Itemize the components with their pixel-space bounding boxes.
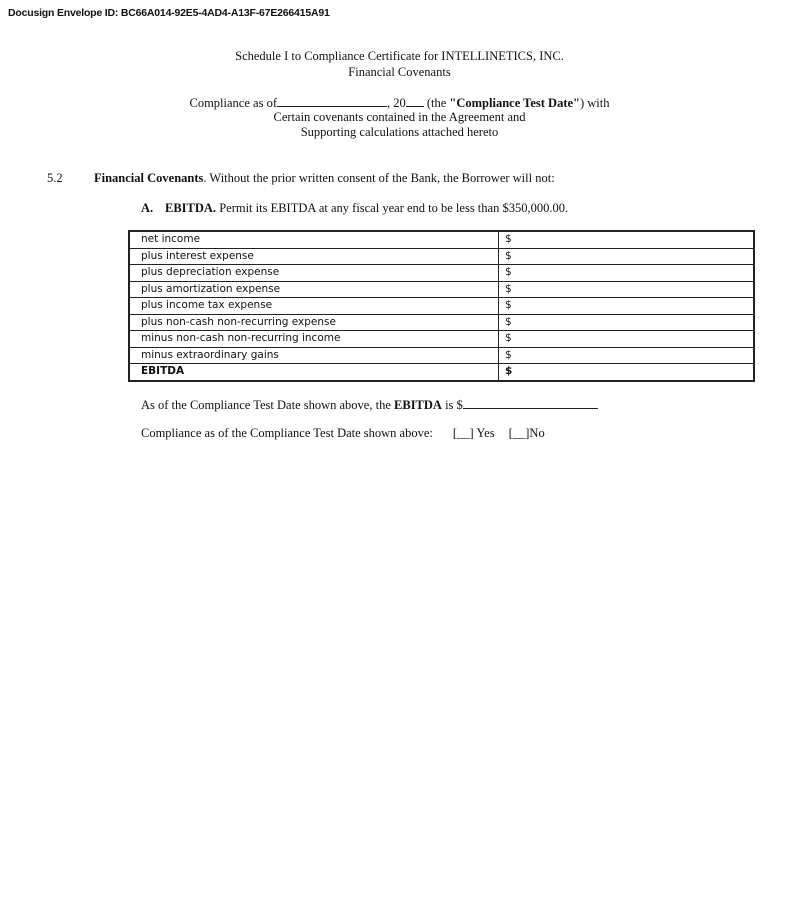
table-row: EBITDA$	[129, 364, 754, 381]
year-blank[interactable]	[406, 95, 424, 107]
ebitda-calculation-table: net income$plus interest expense$plus de…	[128, 230, 755, 382]
subsection-text: A.EBITDA. Permit its EBITDA at any fisca…	[141, 201, 568, 216]
row-amount-field[interactable]: $	[499, 281, 755, 298]
section-text: Financial Covenants. Without the prior w…	[94, 171, 555, 186]
yes-label: Yes	[476, 426, 494, 440]
with-suffix: ) with	[580, 96, 610, 110]
table-row: net income$	[129, 231, 754, 248]
table-row: plus depreciation expense$	[129, 265, 754, 282]
table-row: plus interest expense$	[129, 248, 754, 265]
no-label: No	[529, 426, 544, 440]
subsection-body: Permit its EBITDA at any fiscal year end…	[216, 201, 568, 215]
row-amount-field[interactable]: $	[499, 314, 755, 331]
yes-checkbox[interactable]: [__]	[453, 426, 474, 441]
result-suffix: is $	[442, 398, 463, 412]
table-row: plus income tax expense$	[129, 298, 754, 315]
envelope-id: Docusign Envelope ID: BC66A014-92E5-4AD4…	[8, 7, 330, 19]
result-term: EBITDA	[394, 398, 442, 412]
row-label: plus depreciation expense	[129, 265, 499, 282]
row-label: net income	[129, 231, 499, 248]
compliance-label: Compliance as of the Compliance Test Dat…	[141, 426, 433, 440]
year-prefix: , 20	[387, 96, 406, 110]
result-prefix: As of the Compliance Test Date shown abo…	[141, 398, 394, 412]
table-row: minus non-cash non-recurring income$	[129, 331, 754, 348]
row-amount-field[interactable]: $	[499, 347, 755, 364]
row-amount-field[interactable]: $	[499, 248, 755, 265]
table-row: minus extraordinary gains$	[129, 347, 754, 364]
row-amount-field[interactable]: $	[499, 364, 755, 381]
date-blank[interactable]	[277, 95, 387, 107]
the-prefix: (the	[427, 96, 450, 110]
no-checkbox[interactable]: [__]	[509, 426, 530, 441]
covenants-line: Certain covenants contained in the Agree…	[0, 110, 799, 125]
subsection-letter: A.	[141, 201, 165, 216]
row-amount-field[interactable]: $	[499, 231, 755, 248]
ebitda-result-line: As of the Compliance Test Date shown abo…	[141, 397, 598, 413]
ebitda-amount-blank[interactable]	[463, 397, 598, 409]
row-label: minus extraordinary gains	[129, 347, 499, 364]
row-label: minus non-cash non-recurring income	[129, 331, 499, 348]
row-label: EBITDA	[129, 364, 499, 381]
schedule-subtitle: Financial Covenants	[0, 65, 799, 80]
row-amount-field[interactable]: $	[499, 331, 755, 348]
row-label: plus non-cash non-recurring expense	[129, 314, 499, 331]
row-label: plus interest expense	[129, 248, 499, 265]
row-label: plus income tax expense	[129, 298, 499, 315]
compliance-check-line: Compliance as of the Compliance Test Dat…	[141, 426, 545, 441]
compliance-date-line: Compliance as of, 20 (the "Compliance Te…	[0, 95, 799, 111]
test-date-term: "Compliance Test Date"	[449, 96, 580, 110]
section-body: . Without the prior written consent of t…	[203, 171, 554, 185]
subsection-heading: EBITDA.	[165, 201, 216, 215]
row-amount-field[interactable]: $	[499, 265, 755, 282]
table-row: plus non-cash non-recurring expense$	[129, 314, 754, 331]
section-heading: Financial Covenants	[94, 171, 203, 185]
section-number: 5.2	[47, 171, 63, 186]
row-amount-field[interactable]: $	[499, 298, 755, 315]
supporting-line: Supporting calculations attached hereto	[0, 125, 799, 140]
table-row: plus amortization expense$	[129, 281, 754, 298]
row-label: plus amortization expense	[129, 281, 499, 298]
compliance-prefix: Compliance as of	[190, 96, 277, 110]
schedule-title: Schedule I to Compliance Certificate for…	[0, 49, 799, 64]
